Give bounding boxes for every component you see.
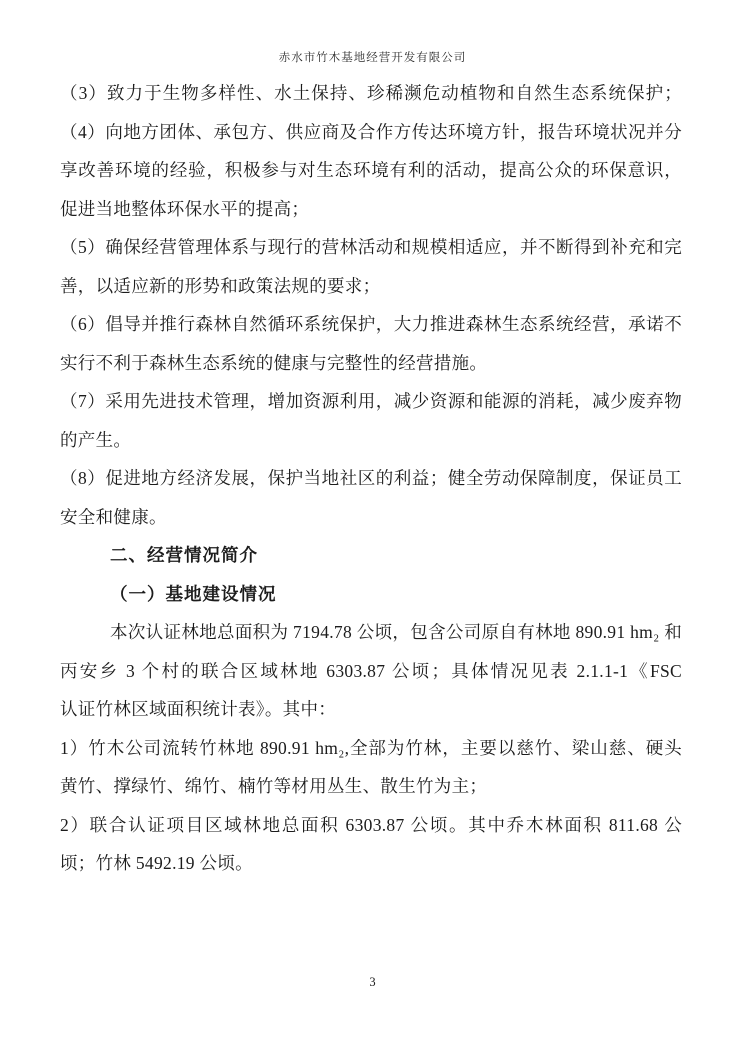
list-item-7-line-1: （7）采用先进技术管理，增加资源利用，减少资源和能源的消耗，减少废弃物	[60, 382, 682, 421]
document-body: （3）致力于生物多样性、水土保持、珍稀濒危动植物和自然生态系统保护； （4）向地…	[60, 74, 682, 883]
page-number: 3	[0, 975, 745, 990]
list-item-6-line-1: （6）倡导并推行森林自然循环系统保护，大力推进森林生态系统经营，承诺不	[60, 305, 682, 344]
paragraph-area-line-3: 认证竹林区域面积统计表》。其中：	[60, 690, 682, 729]
list-item-6-line-2: 实行不利于森林生态系统的健康与完整性的经营措施。	[60, 344, 682, 383]
list-item-4-line-2: 享改善环境的经验，积极参与对生态环境有利的活动，提高公众的环保意识，	[60, 151, 682, 190]
list-item-5-line-1: （5）确保经营管理体系与现行的营林活动和规模相适应，并不断得到补充和完	[60, 228, 682, 267]
numbered-item-2-line-2: 顷；竹林 5492.19 公顷。	[60, 844, 682, 883]
numbered-item-1-line-1: 1）竹木公司流转竹林地 890.91 hm₂,全部为竹林，主要以慈竹、梁山慈、硬…	[60, 729, 682, 768]
list-item-3-line-1: （3）致力于生物多样性、水土保持、珍稀濒危动植物和自然生态系统保护；	[60, 74, 682, 113]
document-page: 赤水市竹木基地经营开发有限公司 （3）致力于生物多样性、水土保持、珍稀濒危动植物…	[0, 0, 745, 1053]
paragraph-area-line-2: 丙安乡 3 个村的联合区域林地 6303.87 公顷；具体情况见表 2.1.1-…	[60, 652, 682, 691]
list-item-4-line-1: （4）向地方团体、承包方、供应商及合作方传达环境方针，报告环境状况并分	[60, 113, 682, 152]
heading-subsection-2-1: （一）基地建设情况	[60, 575, 682, 614]
list-item-8-line-2: 安全和健康。	[60, 498, 682, 537]
heading-section-2: 二、经营情况简介	[60, 536, 682, 575]
list-item-4-line-3: 促进当地整体环保水平的提高；	[60, 190, 682, 229]
header-company-name: 赤水市竹木基地经营开发有限公司	[0, 49, 745, 65]
numbered-item-2-line-1: 2）联合认证项目区域林地总面积 6303.87 公顷。其中乔木林面积 811.6…	[60, 806, 682, 845]
list-item-7-line-2: 的产生。	[60, 421, 682, 460]
paragraph-area-line-1: 本次认证林地总面积为 7194.78 公顷，包含公司原自有林地 890.91 h…	[60, 613, 682, 652]
numbered-item-1-line-2: 黄竹、撑绿竹、绵竹、楠竹等材用丛生、散生竹为主；	[60, 767, 682, 806]
list-item-8-line-1: （8）促进地方经济发展，保护当地社区的利益；健全劳动保障制度，保证员工	[60, 459, 682, 498]
list-item-5-line-2: 善，以适应新的形势和政策法规的要求；	[60, 267, 682, 306]
